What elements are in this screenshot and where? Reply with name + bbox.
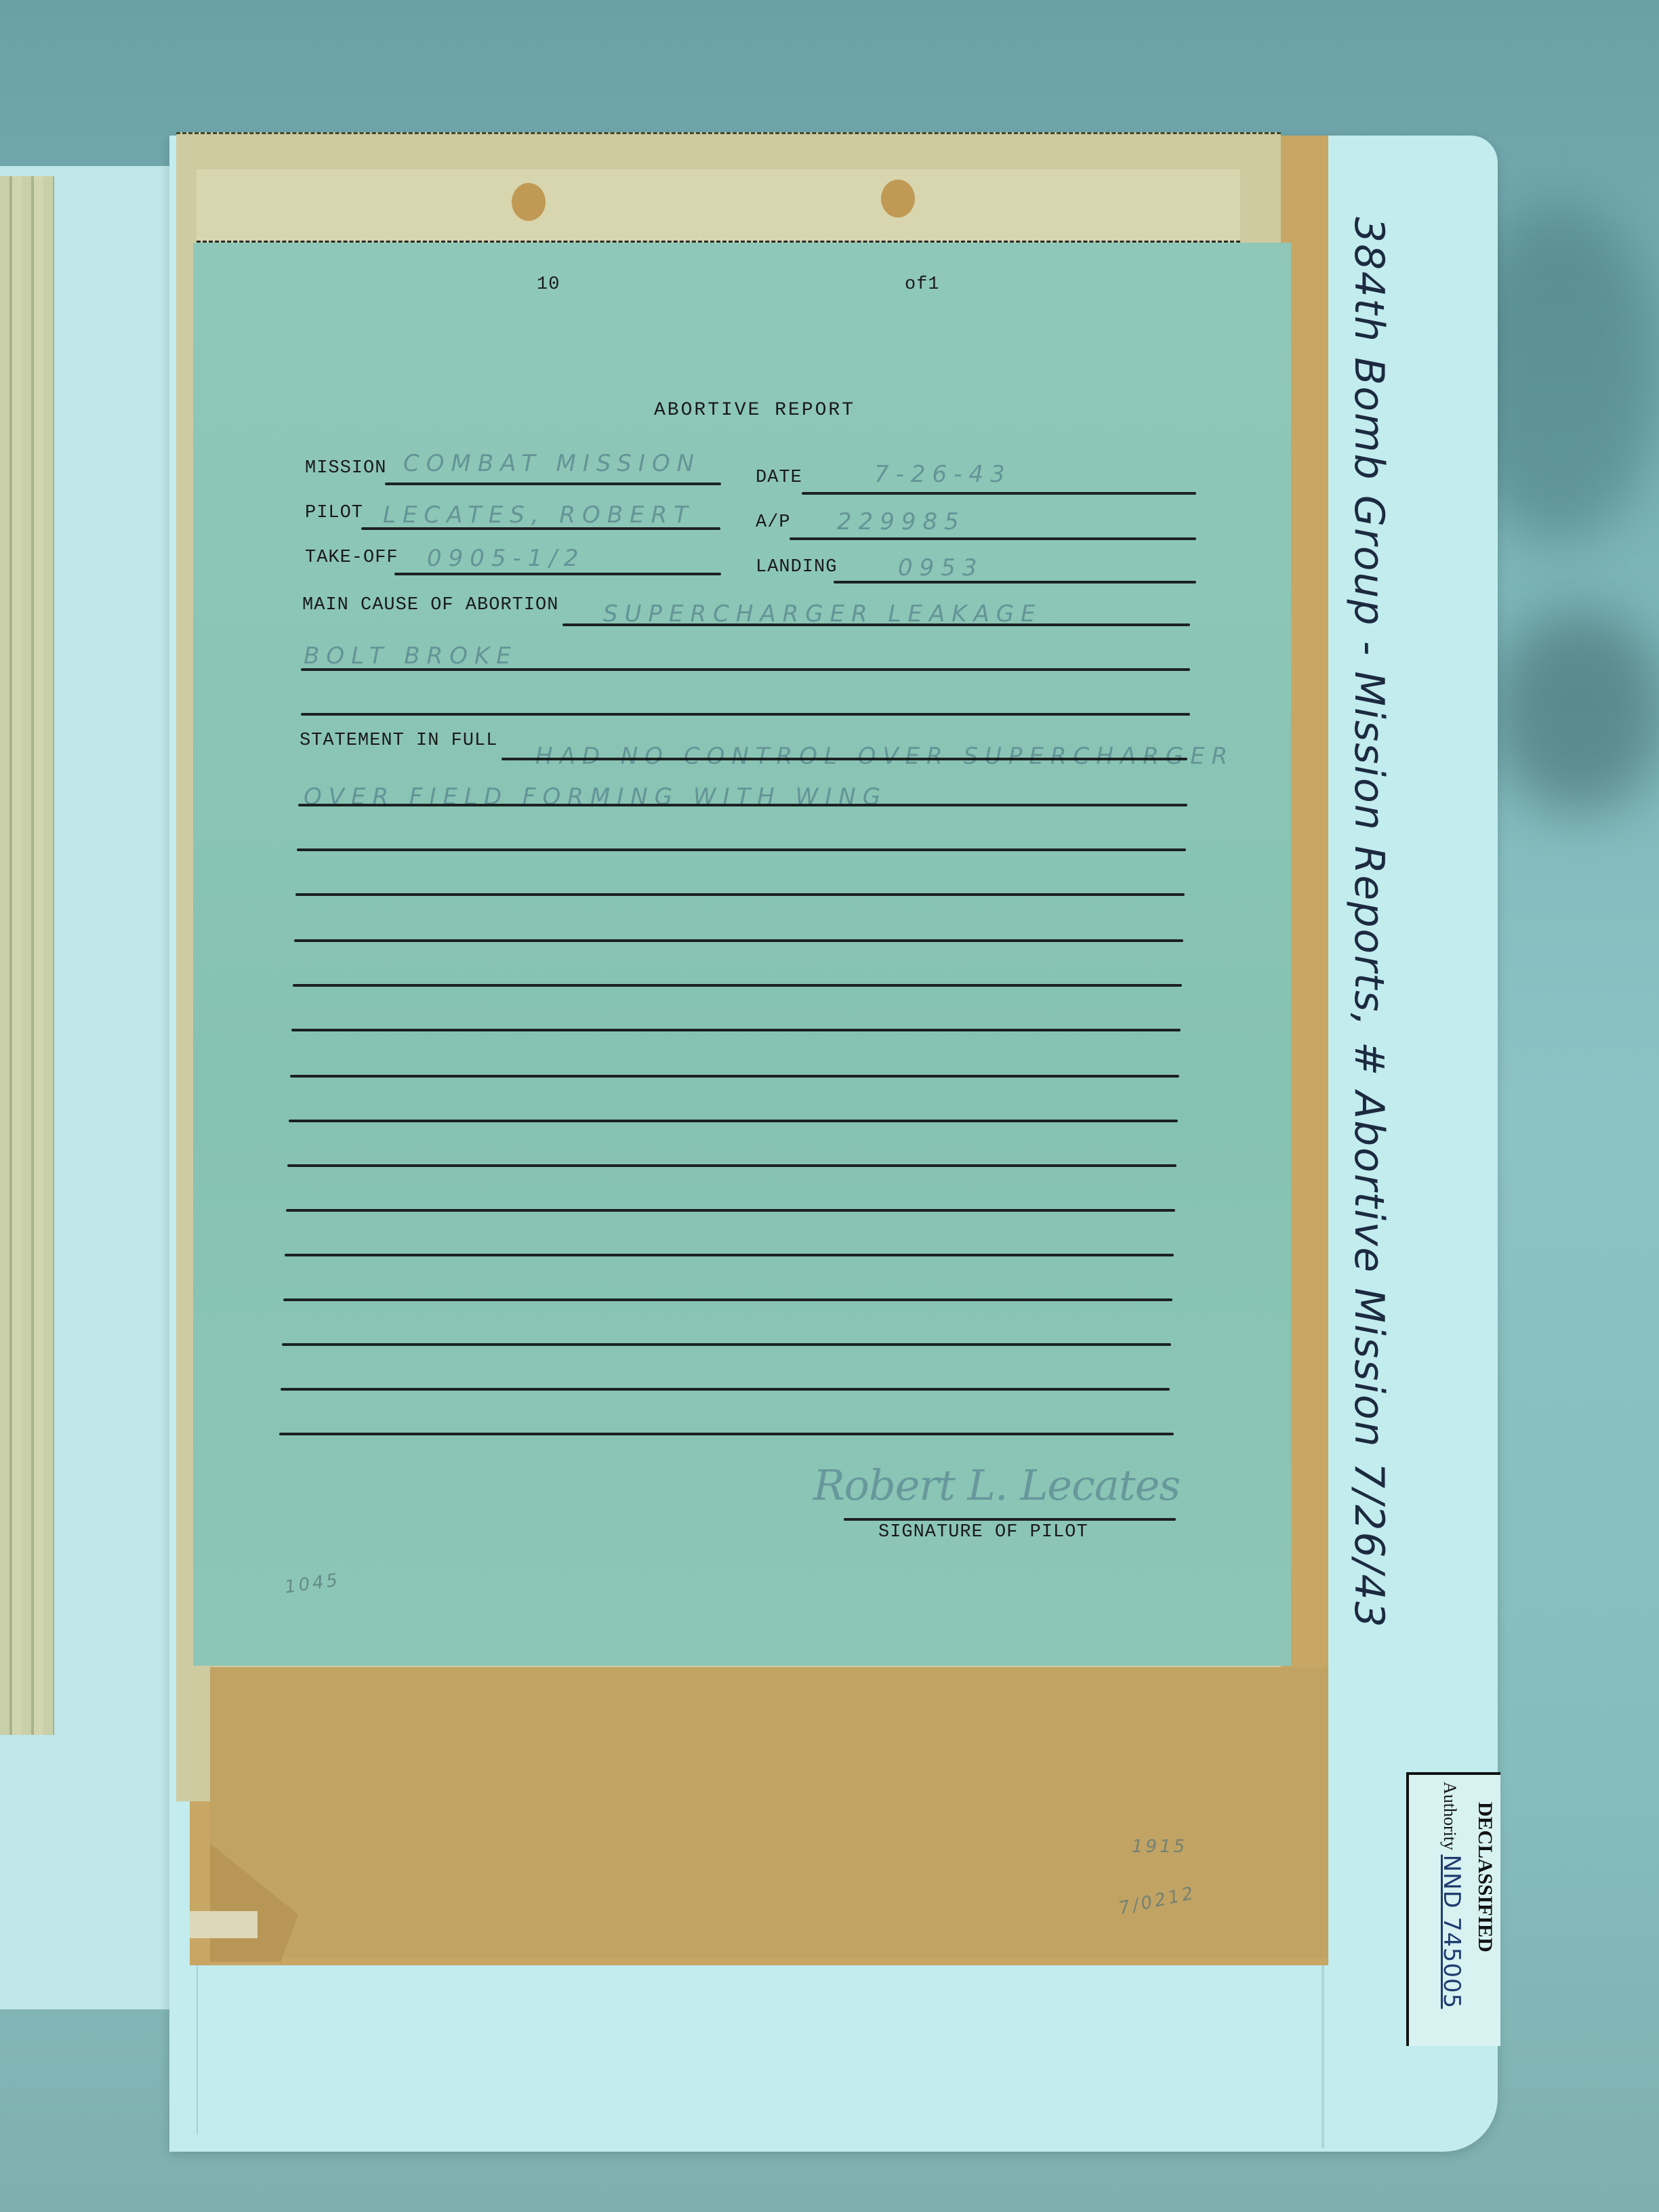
pilot-value: LECATES, ROBERT: [383, 501, 695, 529]
left-paper-stack: [0, 176, 54, 1735]
folder-spine-label: 384th Bomb Group - Mission Reports, # Ab…: [1345, 217, 1393, 1629]
blank-line: [281, 1388, 1170, 1391]
statement-label: STATEMENT IN FULL: [300, 731, 497, 751]
date-label: DATE: [756, 468, 802, 488]
background-stain: [1491, 610, 1659, 813]
page-mark-left: 10: [537, 274, 560, 295]
date-underline: [802, 492, 1196, 495]
blank-line: [295, 893, 1185, 896]
statement-underline-2: [298, 804, 1187, 806]
form-title: ABORTIVE REPORT: [654, 400, 855, 421]
stamp-title: DECLASSIFIED: [1473, 1802, 1496, 1952]
onion-skin-top-strip: [197, 169, 1240, 243]
signature-label: SIGNATURE OF PILOT: [878, 1522, 1088, 1542]
punch-hole-right: [881, 180, 915, 218]
blank-line: [289, 1120, 1178, 1122]
aircraft-underline: [790, 537, 1196, 540]
main-cause-underline-1: [562, 623, 1190, 626]
blank-line: [287, 1164, 1176, 1167]
blank-line: [282, 1343, 1171, 1346]
blank-line: [294, 939, 1183, 942]
blank-line: [283, 1298, 1172, 1301]
takeoff-value: 0905-1/2: [427, 545, 586, 572]
punch-hole-left: [512, 183, 546, 221]
mission-value: COMBAT MISSION: [403, 450, 701, 477]
pilot-label: PILOT: [305, 503, 363, 523]
pilot-underline: [361, 527, 720, 530]
stamp-authority-value: NND 745005: [1438, 1855, 1465, 2009]
signature-underline: [844, 1518, 1176, 1521]
statement-line-2: OVER FIELD FORMING WITH WING: [304, 783, 887, 811]
blank-line: [293, 984, 1182, 987]
blank-line: [297, 848, 1186, 851]
mission-underline: [385, 483, 721, 485]
main-cause-underline-2: [301, 668, 1190, 671]
kraft-envelope-flap: [210, 1667, 1328, 1959]
aircraft-label: A/P: [756, 512, 791, 533]
main-cause-label: MAIN CAUSE OF ABORTION: [302, 595, 558, 615]
main-cause-line-2: BOLT BROKE: [304, 642, 518, 670]
mission-label: MISSION: [305, 458, 386, 478]
declassified-stamp: DECLASSIFIED Authority NND 745005: [1406, 1772, 1500, 2046]
statement-line-1: HAD NO CONTROL OVER SUPERCHARGER: [535, 743, 1234, 770]
landing-value: 0953: [898, 554, 984, 581]
blank-line: [290, 1075, 1179, 1078]
paper-stack-edge: [190, 1911, 258, 1938]
aircraft-value: 229985: [837, 508, 966, 535]
takeoff-label: TAKE-OFF: [305, 548, 398, 568]
stamp-authority-label: Authority: [1440, 1782, 1460, 1850]
landing-underline: [834, 581, 1196, 583]
blank-line: [285, 1254, 1174, 1256]
abortive-report-form: [193, 243, 1291, 1666]
takeoff-underline: [394, 573, 721, 575]
pilot-signature: Robert L. Lecates: [813, 1460, 1180, 1510]
pencil-note-kraft-1: 1915: [1132, 1837, 1187, 1857]
landing-label: LANDING: [756, 557, 837, 577]
blank-line: [291, 1029, 1181, 1031]
statement-underline-1: [501, 758, 1187, 760]
date-value: 7-26-43: [874, 461, 1012, 488]
stamp-authority: Authority NND 745005: [1438, 1782, 1465, 2009]
blank-line: [286, 1209, 1175, 1212]
main-cause-underline-3: [301, 713, 1190, 716]
page-mark-right: of1: [905, 274, 940, 295]
blank-line: [279, 1433, 1174, 1435]
